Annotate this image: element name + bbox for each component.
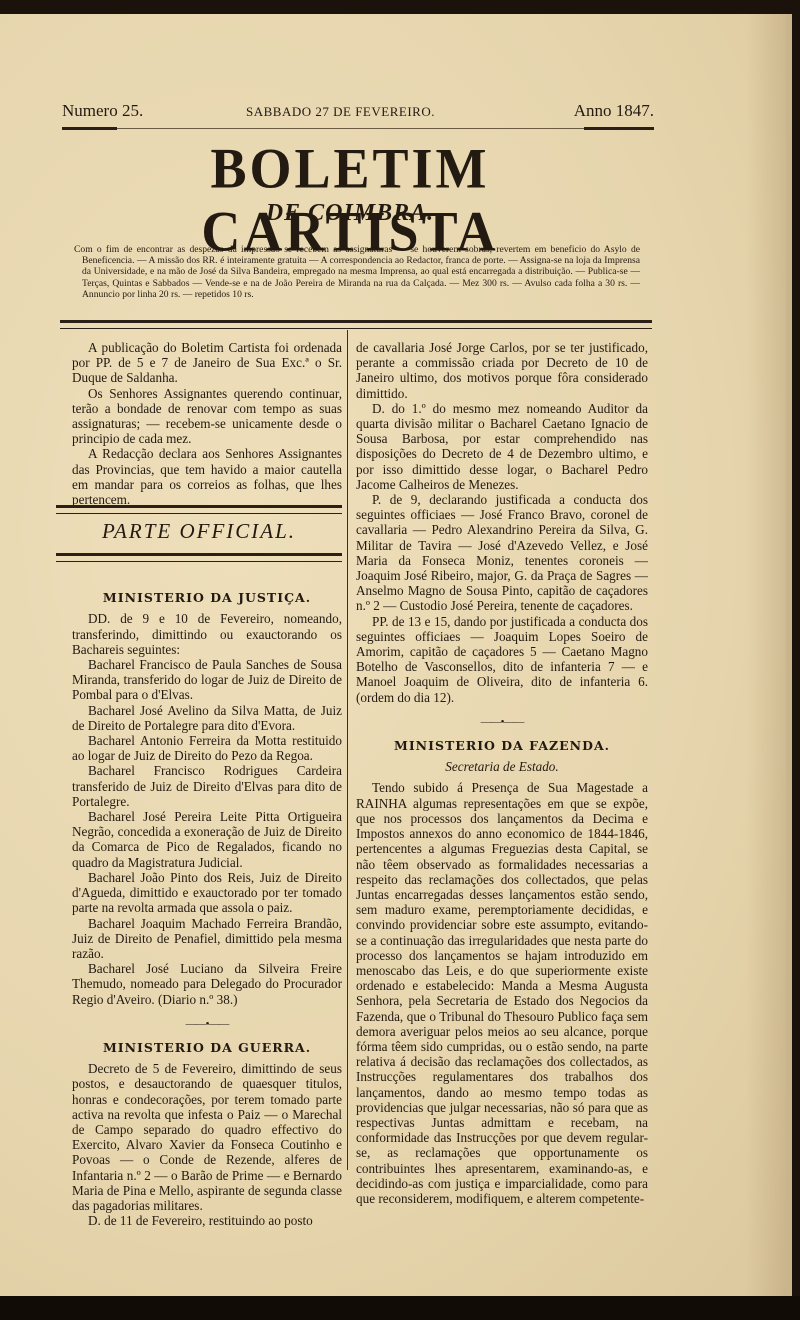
right-column: de cavallaria José Jorge Carlos, por se … [356,340,648,1206]
intro-paragraph: A publicação do Boletim Cartista foi ord… [72,340,342,386]
article-paragraph: DD. de 9 e 10 de Fevereiro, nomeando, tr… [72,611,342,657]
article-paragraph: Bacharel Antonio Ferreira da Motta resti… [72,733,342,763]
masthead-rule [62,128,654,129]
article-paragraph: P. de 9, declarando justificada a conduc… [356,492,648,614]
article-paragraph: Bacharel José Luciano da Silveira Freire… [72,961,342,1007]
article-paragraph: Tendo subido á Presença de Sua Magestade… [356,780,648,1206]
intro-paragraph: A Redacção declara aos Senhores Assignan… [72,446,342,507]
left-column: A publicação do Boletim Cartista foi ord… [72,340,342,1228]
parte-official-banner: PARTE OFFICIAL. [56,505,342,561]
section-heading-guerra: MINISTERIO DA GUERRA. [72,1040,342,1055]
article-paragraph: D. do 1.º do mesmo mez nomeando Auditor … [356,401,648,492]
section-heading-justica: MINISTERIO DA JUSTIÇA. [72,590,342,605]
subscription-notice: Com o fim de encontrar as despezas da im… [72,244,640,300]
article-paragraph: Bacharel José Avelino da Silva Matta, de… [72,703,342,733]
article-paragraph: Bacharel Francisco de Paula Sanches de S… [72,657,342,703]
newspaper-subtitle: DE COIMBRA. [60,200,640,227]
issue-year: Anno 1847. [574,101,654,121]
article-paragraph: Bacharel José Pereira Leite Pitta Ortigu… [72,809,342,870]
banner-rule-top [56,505,342,514]
section-ornament: ——•—— [356,715,648,730]
section-heading-fazenda: MINISTERIO DA FAZENDA. [356,738,648,753]
banner-rule-bottom [56,553,342,562]
article-paragraph: Bacharel Francisco Rodrigues Cardeira tr… [72,763,342,809]
article-paragraph: Decreto de 5 de Fevereiro, dimittindo de… [72,1061,342,1213]
issue-date: SABBADO 27 DE FEVEREIRO. [246,104,435,120]
column-divider [347,330,348,1170]
masthead-info-bar: Numero 25. SABBADO 27 DE FEVEREIRO. Anno… [62,101,654,123]
section-ornament: ——•—— [72,1017,342,1032]
article-paragraph: D. de 11 de Fevereiro, restituindo ao po… [72,1213,342,1228]
header-double-rule [60,320,652,329]
section-subheading: Secretaria de Estado. [356,759,648,774]
intro-paragraph: Os Senhores Assignantes querendo continu… [72,386,342,447]
article-paragraph: PP. de 13 e 15, dando por justificada a … [356,614,648,705]
article-paragraph: de cavallaria José Jorge Carlos, por se … [356,340,648,401]
parte-official-heading: PARTE OFFICIAL. [56,519,342,544]
issue-number: Numero 25. [62,101,143,121]
article-paragraph: Bacharel João Pinto dos Reis, Juiz de Di… [72,870,342,916]
page-bottom-edge [0,1296,800,1320]
article-paragraph: Bacharel Joaquim Machado Ferreira Brandã… [72,916,342,962]
